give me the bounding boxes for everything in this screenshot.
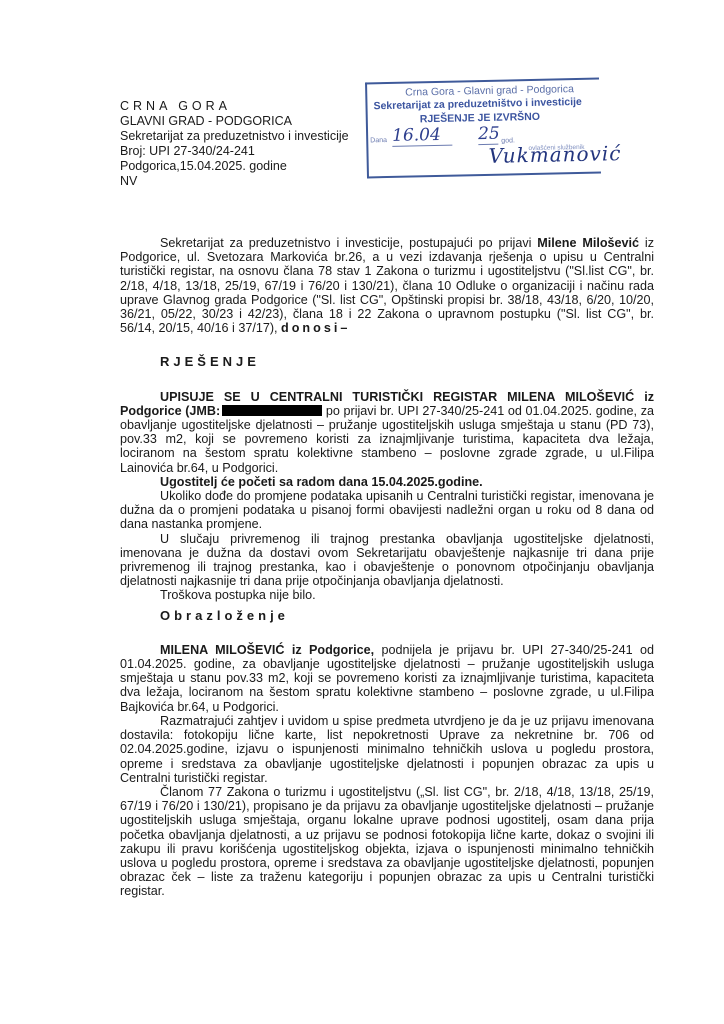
intro-text-1: Sekretarijat za preduzetnistvo i investi… [160,236,537,250]
header-reference: Broj: UPI 27-340/24-241 [120,144,349,159]
document-body: Sekretarijat za preduzetnistvo i investi… [120,236,654,899]
decision-title: RJEŠENJE [120,355,654,369]
stamp-signature: Vukmanović [488,141,621,168]
reasoning-applicant: MILENA MILOŠEVIĆ iz Podgorice, [160,643,374,657]
reasoning-paragraph-3: Članom 77 Zakona o turizmu i ugostiteljs… [120,785,654,899]
header-initials: NV [120,174,349,189]
decision-paragraph-5: Troškova postupka nije bilo. [120,588,654,602]
intro-paragraph: Sekretarijat za preduzetnistvo i investi… [120,236,654,335]
header-department: Sekretarijat za preduzetnistvo i investi… [120,129,349,144]
intro-text-2: iz Podgorice, ul. Svetozara Markovića br… [120,236,654,335]
stamp-year: 25 [478,124,498,145]
document-header: CRNA GORA GLAVNI GRAD - PODGORICA Sekret… [120,99,349,189]
reasoning-paragraph-2: Razmatrajući zahtjev i uvidom u spise pr… [120,714,654,785]
reasoning-title: Obrazloženje [120,609,654,623]
reasoning-paragraph-1: MILENA MILOŠEVIĆ iz Podgorice, podnijela… [120,643,654,714]
header-country: CRNA GORA [120,99,349,114]
decision-paragraph-2: Ugostitelj će početi sa radom dana 15.04… [120,475,654,489]
decision-paragraph-4: U slučaju privremenog ili trajnog presta… [120,532,654,589]
redacted-jmb [222,405,322,416]
intro-applicant: Milene Milošević [537,236,639,250]
stamp-date: 16.04 [392,125,452,147]
decision-paragraph-3: Ukoliko dođe do promjene podataka upisan… [120,489,654,532]
intro-verb: donosi– [281,321,350,335]
stamp-date-label: Dana [370,137,387,144]
enforceability-stamp: Crna Gora - Glavni grad - Podgorica Sekr… [365,78,601,179]
header-city: GLAVNI GRAD - PODGORICA [120,114,349,129]
header-place-date: Podgorica,15.04.2025. godine [120,159,349,174]
decision-paragraph-1: UPISUJE SE U CENTRALNI TURISTIČKI REGIST… [120,390,654,475]
